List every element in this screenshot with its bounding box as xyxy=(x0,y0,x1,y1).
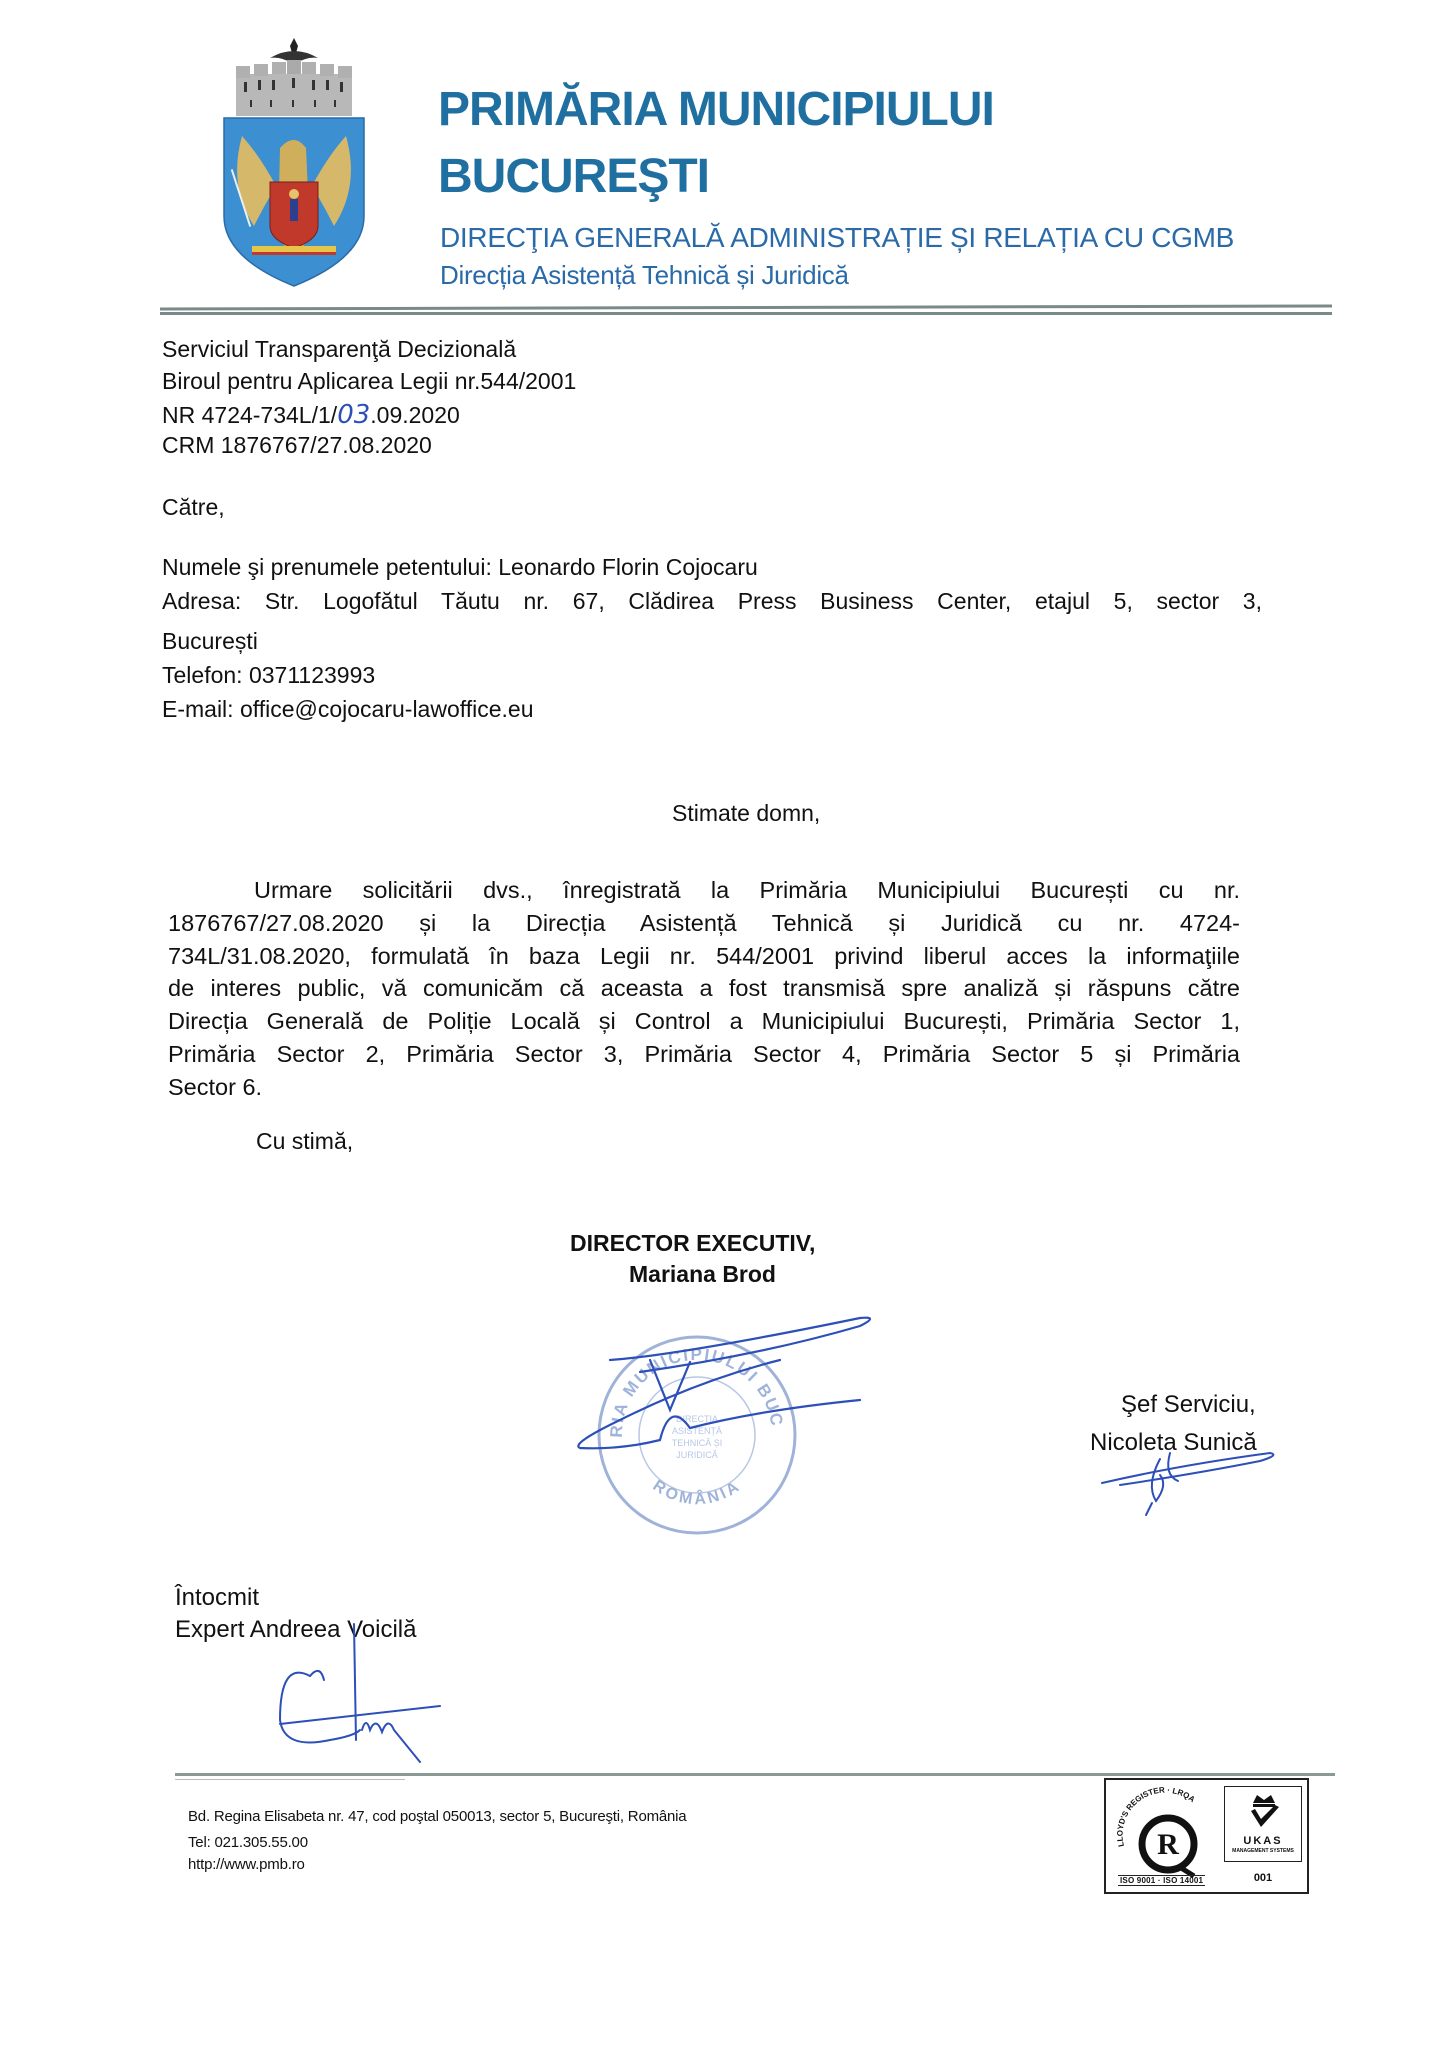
director-signature-icon xyxy=(560,1300,890,1480)
recipient-phone: Telefon: 0371123993 xyxy=(162,664,375,687)
greeting: Stimate domn, xyxy=(672,802,820,825)
body-line: Primăria Sector 2, Primăria Sector 3, Pr… xyxy=(168,1038,1240,1071)
iso-standards: ISO 9001 · ISO 14001 xyxy=(1118,1875,1205,1886)
body-line: Sector 6. xyxy=(168,1071,1240,1104)
department-name: Direcția Asistență Tehnică și Juridică xyxy=(440,260,849,291)
recipient-email: E-mail: office@cojocaru-lawoffice.eu xyxy=(162,698,534,721)
registration-number: NR 4724-734L/1/03.09.2020 xyxy=(162,402,460,428)
service-name: Serviciul Transparenţă Decizională xyxy=(162,338,516,361)
svg-text:LLOYD'S REGISTER · LRQA: LLOYD'S REGISTER · LRQA xyxy=(1115,1785,1196,1847)
closing: Cu stimă, xyxy=(256,1130,353,1153)
body-line: Direcția Generală de Poliție Locală și C… xyxy=(168,1005,1240,1038)
directorate-name: DIRECŢIA GENERALĂ ADMINISTRAȚIE ȘI RELAȚ… xyxy=(440,222,1234,254)
ukas-label: UKAS xyxy=(1225,1835,1301,1847)
registrar-label: LLOYD'S REGISTER · LRQA xyxy=(1115,1785,1196,1847)
office-name: Biroul pentru Aplicarea Legii nr.544/200… xyxy=(162,370,576,393)
recipient-salutation: Către, xyxy=(162,496,225,519)
footer-phone: Tel: 021.305.55.00 xyxy=(188,1834,308,1851)
ukas-sublabel: MANAGEMENT SYSTEMS xyxy=(1225,1848,1301,1854)
institution-name-line2: BUCUREŞTI xyxy=(438,153,709,201)
registration-number-prefix: NR 4724-734L/1/ xyxy=(162,402,337,428)
handwritten-day: 03 xyxy=(337,400,370,430)
ukas-number: 001 xyxy=(1224,1872,1302,1884)
director-title: DIRECTOR EXECUTIV, xyxy=(570,1232,815,1255)
certification-badge: LLOYD'S REGISTER · LRQA R ISO 9001 · ISO… xyxy=(1104,1778,1309,1894)
crm-number: CRM 1876767/27.08.2020 xyxy=(162,434,432,457)
footer-address: Bd. Regina Elisabeta nr. 47, cod poştal … xyxy=(188,1808,686,1825)
ukas-logo: UKAS MANAGEMENT SYSTEMS xyxy=(1224,1786,1302,1862)
registration-number-suffix: .09.2020 xyxy=(370,402,460,428)
preparer-signature-icon xyxy=(270,1620,450,1770)
header-divider xyxy=(160,306,1332,316)
svg-text:R: R xyxy=(1157,1828,1179,1861)
crown-check-icon xyxy=(1245,1791,1283,1833)
recipient-address: Adresa: Str. Logofătul Tăutu nr. 67, Clă… xyxy=(162,590,1262,613)
letter-body: Urmare solicitării dvs., înregistrată la… xyxy=(168,874,1240,1104)
chief-signature-icon xyxy=(1090,1445,1280,1525)
svg-text:ROMÂNIA: ROMÂNIA xyxy=(650,1477,745,1508)
body-line: 734L/31.08.2020, formulată în baza Legii… xyxy=(168,940,1240,973)
lloyds-register-logo-icon: LLOYD'S REGISTER · LRQA R xyxy=(1112,1784,1218,1884)
footer-website[interactable]: http://www.pmb.ro xyxy=(188,1856,305,1873)
chief-title: Şef Serviciu, xyxy=(1121,1393,1256,1417)
body-line: Urmare solicitării dvs., înregistrată la… xyxy=(168,874,1240,907)
recipient-name: Numele şi prenumele petentului: Leonardo… xyxy=(162,556,758,579)
body-line: de interes public, vă comunicăm că aceas… xyxy=(168,972,1240,1005)
prepared-label: Întocmit xyxy=(175,1586,259,1610)
body-line: 1876767/27.08.2020 și la Direcția Asiste… xyxy=(168,907,1240,940)
bucharest-coat-of-arms-icon xyxy=(214,36,374,288)
recipient-city: București xyxy=(162,630,258,653)
institution-name-line1: PRIMĂRIA MUNICIPIULUI xyxy=(438,86,994,134)
director-name: Mariana Brod xyxy=(629,1263,776,1286)
